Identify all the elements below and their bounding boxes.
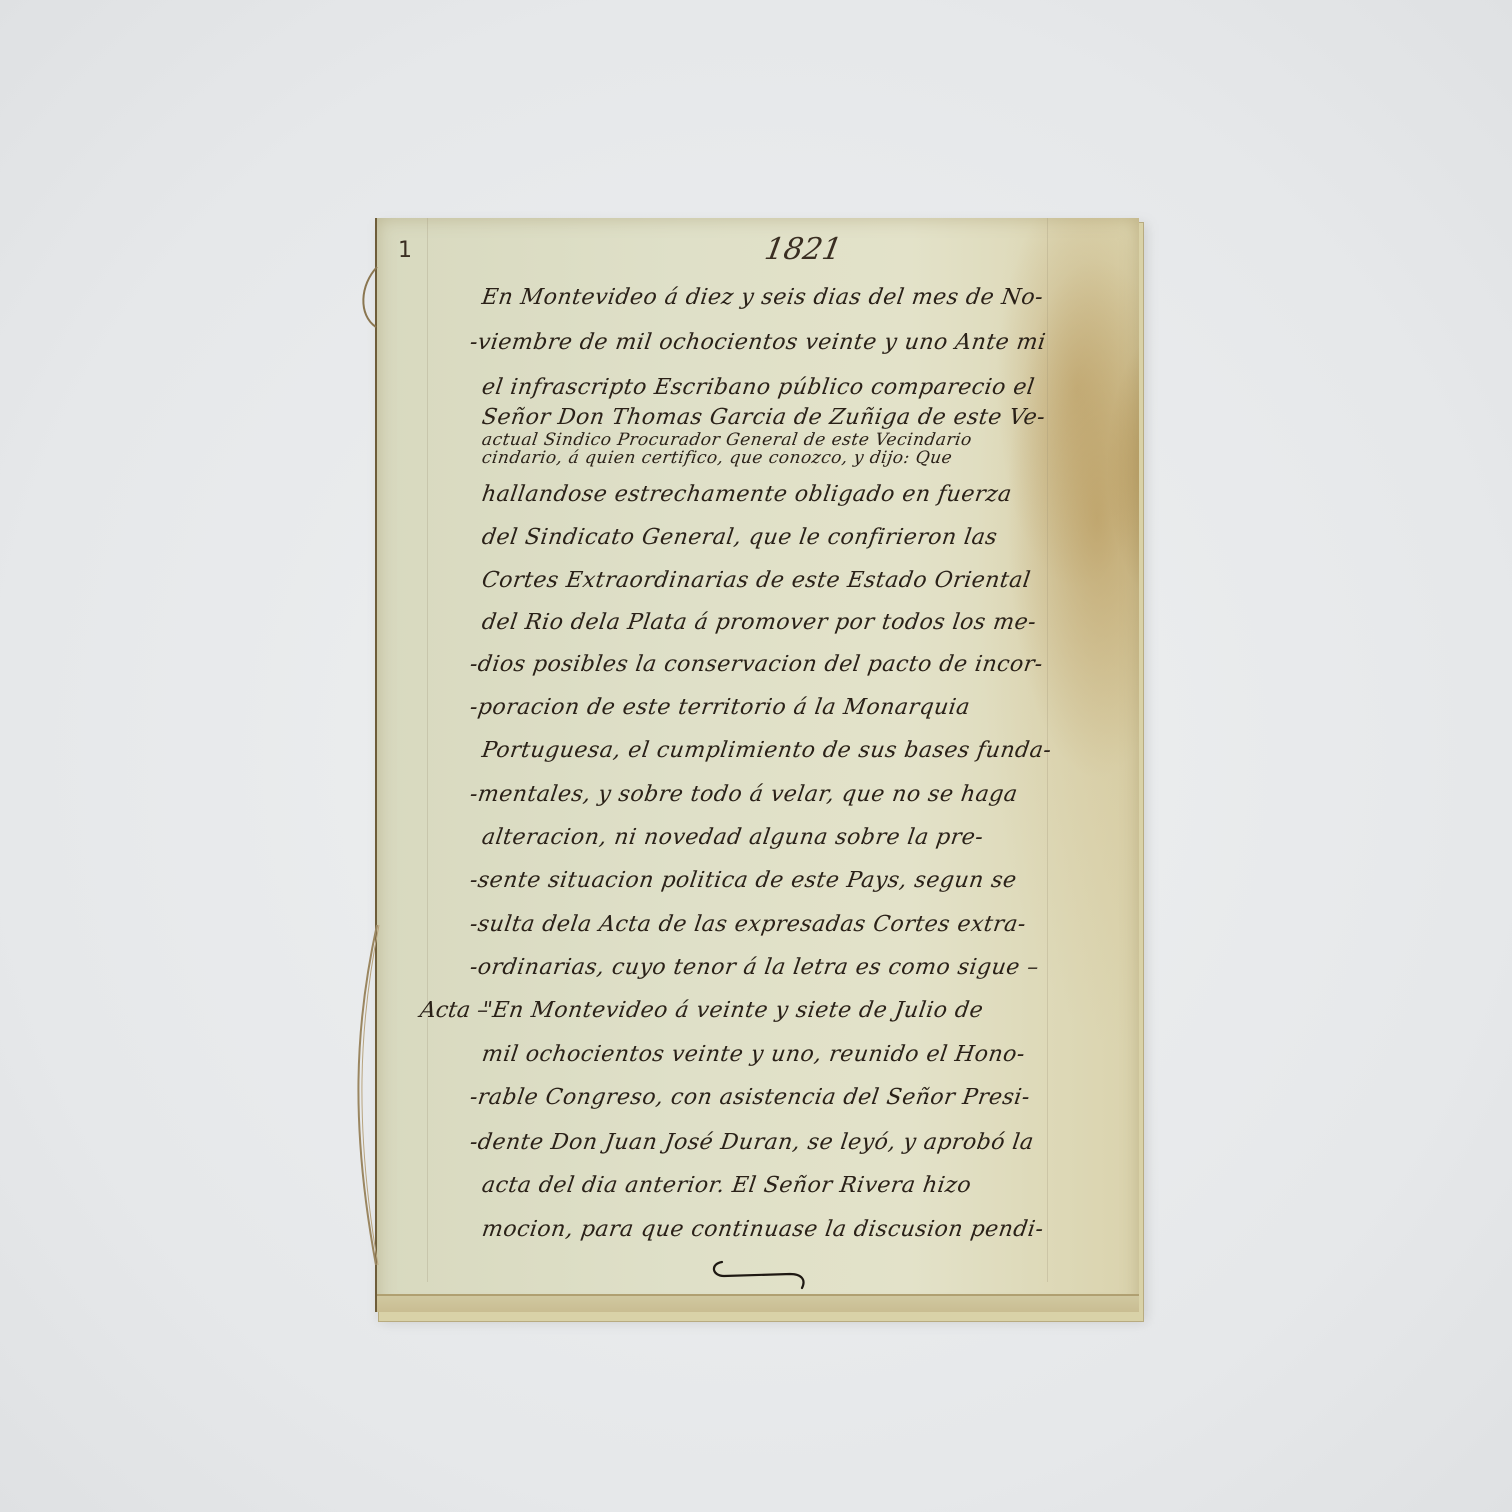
text-line: del Rio dela Plata á promover por todos … bbox=[480, 610, 1038, 635]
text-line: Señor Don Thomas Garcia de Zuñiga de est… bbox=[480, 405, 1047, 430]
folio-number: 1 bbox=[398, 238, 412, 263]
text-line: mocion, para que continuase la discusion… bbox=[480, 1217, 1045, 1242]
text-line: -viembre de mil ochocientos veinte y uno… bbox=[468, 330, 1047, 355]
text-line: -dente Don Juan José Duran, se leyó, y a… bbox=[468, 1130, 1035, 1155]
text-line: cindario, á quien certifico, que conozco… bbox=[481, 448, 954, 468]
text-line: alteracion, ni novedad alguna sobre la p… bbox=[480, 825, 985, 850]
text-line: En Montevideo á diez y seis dias del mes… bbox=[480, 285, 1045, 310]
text-line: acta del dia anterior. El Señor Rivera h… bbox=[480, 1173, 973, 1198]
year-heading: 1821 bbox=[762, 232, 845, 267]
text-line: del Sindicato General, que le confiriero… bbox=[480, 525, 999, 550]
binding-thread-icon bbox=[350, 265, 410, 1265]
text-line: -rable Congreso, con asistencia del Seño… bbox=[468, 1085, 1031, 1110]
text-line: -sulta dela Acta de las expresadas Corte… bbox=[468, 912, 1027, 937]
text-line: el infrascripto Escribano público compar… bbox=[480, 375, 1036, 400]
text-line: actual Sindico Procurador General de est… bbox=[481, 430, 974, 450]
text-line: -poracion de este territorio á la Monarq… bbox=[468, 695, 971, 720]
margin-fold-left bbox=[427, 218, 428, 1282]
closing-flourish-icon bbox=[710, 1258, 810, 1298]
margin-note: Acta – bbox=[418, 998, 490, 1023]
text-line: mil ochocientos veinte y uno, reunido el… bbox=[480, 1042, 1026, 1067]
text-line: hallandose estrechamente obligado en fue… bbox=[480, 482, 1013, 507]
text-line: -ordinarias, cuyo tenor á la letra es co… bbox=[468, 955, 1040, 980]
text-line: Cortes Extraordinarias de este Estado Or… bbox=[480, 568, 1032, 593]
text-line: -dios posibles la conservacion del pacto… bbox=[468, 652, 1044, 677]
text-line: -sente situacion politica de este Pays, … bbox=[468, 868, 1018, 893]
text-line: "En Montevideo á veinte y siete de Julio… bbox=[480, 998, 985, 1023]
text-line: Portuguesa, el cumplimiento de sus bases… bbox=[480, 738, 1053, 763]
text-line: -mentales, y sobre todo á velar, que no … bbox=[468, 782, 1019, 807]
